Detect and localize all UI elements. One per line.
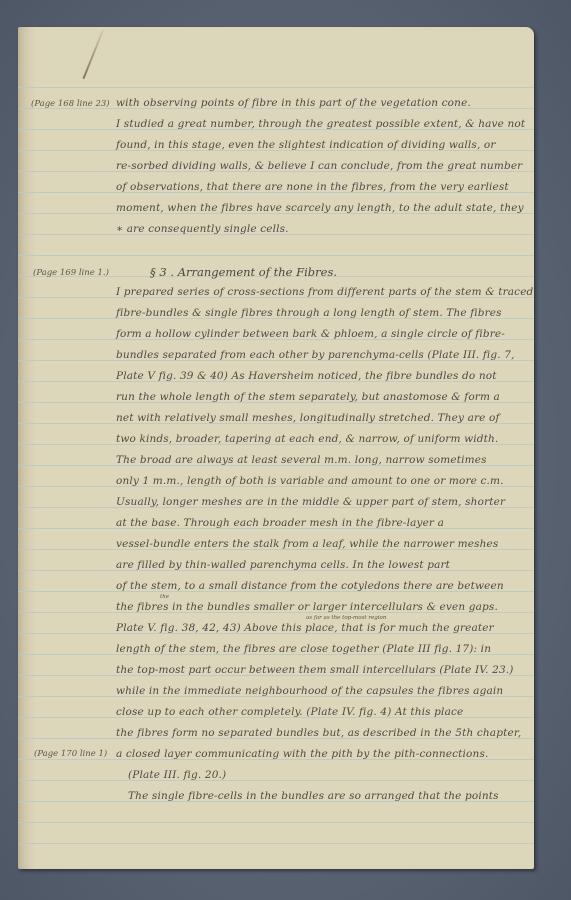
text-line: Usually, longer meshes are in the middle… bbox=[116, 496, 505, 508]
section-heading: § 3 . Arrangement of the Fibres. bbox=[150, 265, 337, 279]
interlinear-insertion: as far as the top-most region bbox=[306, 615, 386, 621]
text-line: two kinds, broader, tapering at each end… bbox=[116, 433, 498, 445]
margin-note-page-168: (Page 168 line 23) bbox=[31, 99, 110, 109]
rule-line bbox=[18, 255, 534, 256]
text-line: of the stem, to a small distance from th… bbox=[116, 580, 504, 592]
text-line: the fibres form no separated bundles but… bbox=[116, 727, 521, 739]
text-line: the fibres in the bundles smaller or lar… bbox=[116, 601, 498, 613]
text-line: of observations, that there are none in … bbox=[116, 181, 509, 193]
margin-note-page-169: (Page 169 line 1.) bbox=[33, 268, 109, 278]
text-line: net with relatively small meshes, longit… bbox=[116, 412, 500, 424]
text-line: moment, when the fibres have scarcely an… bbox=[116, 202, 524, 214]
text-line: Plate V fig. 39 & 40) As Haversheim noti… bbox=[116, 370, 497, 382]
text-line: found, in this stage, even the slightest… bbox=[116, 139, 496, 151]
text-line: The broad are always at least several m.… bbox=[116, 454, 487, 466]
text-line: close up to each other completely. (Plat… bbox=[116, 706, 463, 718]
text-line: Plate V. fig. 38, 42, 43) Above this pla… bbox=[116, 622, 494, 634]
rule-line bbox=[18, 822, 534, 823]
text-line: run the whole length of the stem separat… bbox=[116, 391, 500, 403]
text-line: are filled by thin-walled parenchyma cel… bbox=[116, 559, 450, 571]
text-line: at the base. Through each broader mesh i… bbox=[116, 517, 444, 529]
text-line: ∗ are consequently single cells. bbox=[116, 223, 289, 235]
rule-line bbox=[18, 843, 534, 844]
margin-note-page-170: (Page 170 line 1) bbox=[34, 749, 107, 759]
text-line: I prepared series of cross-sections from… bbox=[116, 286, 534, 298]
text-line: The single fibre-cells in the bundles ar… bbox=[128, 790, 499, 802]
text-line: fibre-bundles & single fibres through a … bbox=[116, 307, 502, 319]
text-line: with observing points of fibre in this p… bbox=[116, 97, 471, 109]
rule-line bbox=[18, 780, 534, 781]
text-line: form a hollow cylinder between bark & ph… bbox=[116, 328, 505, 340]
text-line: I studied a great number, through the gr… bbox=[116, 118, 525, 130]
rule-line bbox=[18, 87, 534, 88]
pencil-stroke-mark bbox=[83, 30, 104, 79]
manuscript-page: (Page 168 line 23) with observing points… bbox=[18, 27, 534, 869]
text-line: re-sorbed dividing walls, & believe I ca… bbox=[116, 160, 522, 172]
text-line: while in the immediate neighbourhood of … bbox=[116, 685, 503, 697]
text-line: vessel-bundle enters the stalk from a le… bbox=[116, 538, 498, 550]
text-line: (Plate III. fig. 20.) bbox=[128, 769, 226, 781]
text-line: only 1 m.m., length of both is variable … bbox=[116, 475, 504, 487]
text-line: the top-most part occur between them sma… bbox=[116, 664, 514, 676]
text-line: length of the stem, the fibres are close… bbox=[116, 643, 491, 655]
text-line: a closed layer communicating with the pi… bbox=[116, 748, 488, 760]
text-line: bundles separated from each other by par… bbox=[116, 349, 515, 361]
interlinear-insertion: the bbox=[160, 594, 169, 600]
